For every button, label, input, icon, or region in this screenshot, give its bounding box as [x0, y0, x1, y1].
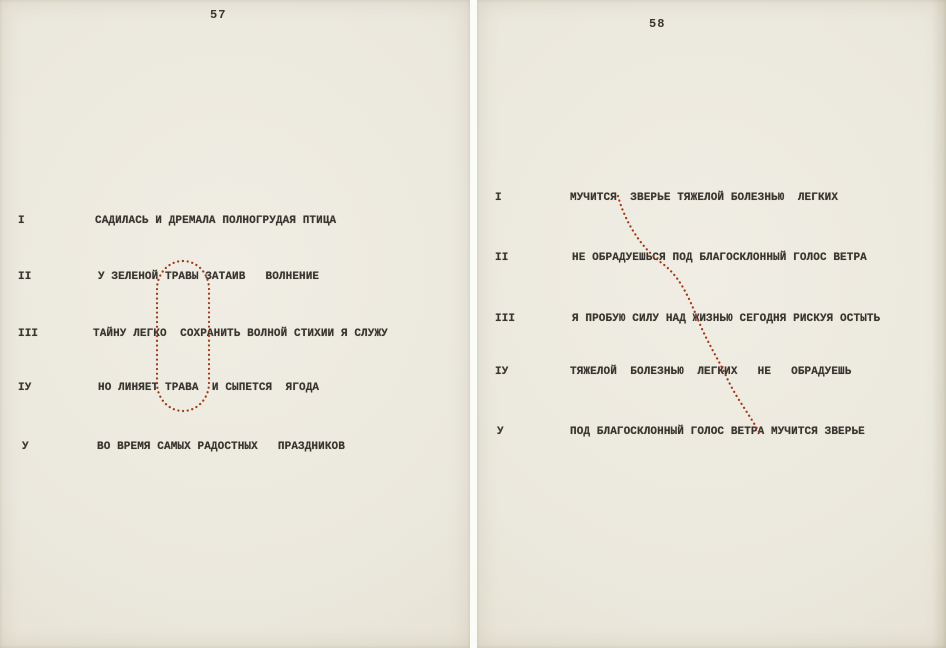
verse-line: ПОД БЛАГОСКЛОННЫЙ ГОЛОС ВЕТРА МУЧИТСЯ ЗВ… — [570, 426, 865, 439]
line-numeral: У — [497, 426, 504, 439]
verse-line: САДИЛАСЬ И ДРЕМАЛА ПОЛНОГРУДАЯ ПТИЦА — [95, 215, 336, 228]
verse-line: ТЯЖЕЛОЙ БОЛЕЗНЬЮ ЛЕГКИХ НЕ ОБРАДУЕШЬ — [570, 366, 851, 379]
verse-line: ТАЙНУ ЛЕГКО СОХРАНИТЬ ВОЛНОЙ СТИХИИ Я СЛ… — [93, 328, 388, 341]
line-numeral: У — [22, 441, 29, 454]
line-numeral: IУ — [495, 366, 508, 379]
line-numeral: IУ — [18, 382, 31, 395]
verse-line: Я ПРОБУЮ СИЛУ НАД ЖИЗНЬЮ СЕГОДНЯ РИСКУЯ … — [572, 313, 880, 326]
line-numeral: I — [495, 192, 502, 205]
page-number: 58 — [649, 17, 665, 31]
verse-line: НЕ ОБРАДУЕШЬСЯ ПОД БЛАГОСКЛОННЫЙ ГОЛОС В… — [572, 252, 867, 265]
page-57: 57 I САДИЛАСЬ И ДРЕМАЛА ПОЛНОГРУДАЯ ПТИЦ… — [0, 0, 470, 648]
line-numeral: III — [495, 313, 515, 326]
verse-line: МУЧИТСЯ ЗВЕРЬЕ ТЯЖЕЛОЙ БОЛЕЗНЬЮ ЛЕГКИХ — [570, 192, 838, 205]
line-numeral: II — [495, 252, 508, 265]
page-58: 58 I МУЧИТСЯ ЗВЕРЬЕ ТЯЖЕЛОЙ БОЛЕЗНЬЮ ЛЕГ… — [477, 0, 946, 648]
line-numeral: II — [18, 271, 31, 284]
verse-line: У ЗЕЛЕНОЙ ТРАВЫ ЗАТАИВ ВОЛНЕНИЕ — [98, 271, 319, 284]
line-numeral: I — [18, 215, 25, 228]
scanned-spread: 57 I САДИЛАСЬ И ДРЕМАЛА ПОЛНОГРУДАЯ ПТИЦ… — [0, 0, 946, 648]
page-number: 57 — [210, 8, 226, 22]
dotted-oval-annotation — [0, 0, 470, 648]
verse-line: НО ЛИНЯЕТ ТРАВА И СЫПЕТСЯ ЯГОДА — [98, 382, 319, 395]
line-numeral: III — [18, 328, 38, 341]
verse-line: ВО ВРЕМЯ САМЫХ РАДОСТНЫХ ПРАЗДНИКОВ — [97, 441, 345, 454]
